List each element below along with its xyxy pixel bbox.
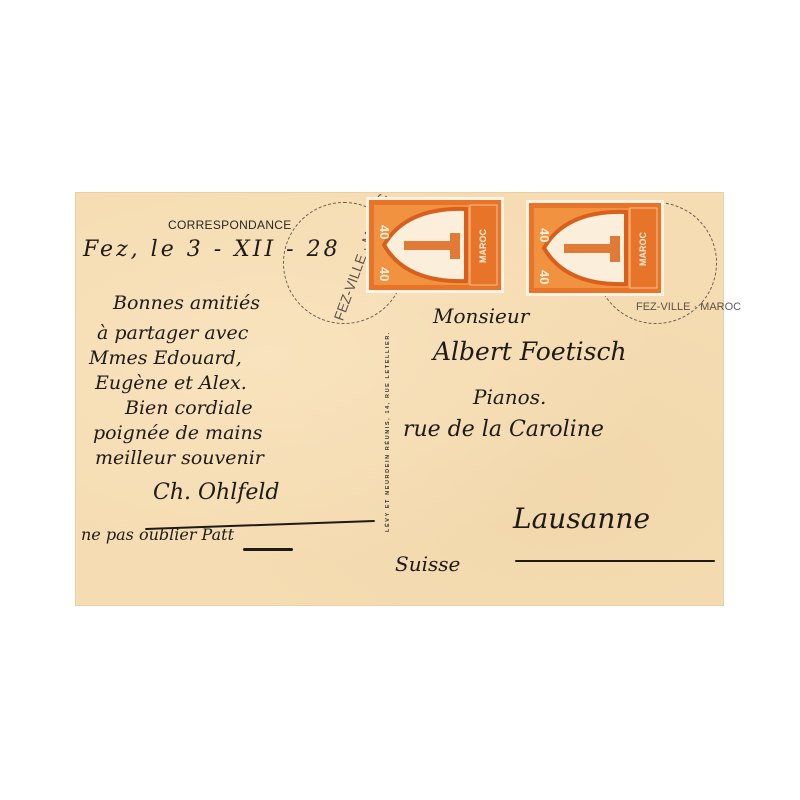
svg-text:40: 40 — [537, 270, 552, 284]
correspondance-header: CORRESPONDANCE — [168, 218, 292, 232]
message-line: Mmes Edouard, — [89, 347, 242, 369]
message-date: Fez, le 3 - XII - 28 — [83, 237, 341, 262]
message-line: Bonnes amitiés — [113, 292, 260, 314]
message-line: meilleur souvenir — [95, 447, 264, 469]
minaret-stamp-icon: MAROC 40 40 — [526, 200, 664, 296]
city-underline — [515, 560, 715, 562]
message-line: Eugène et Alex. — [95, 372, 247, 394]
publisher-imprint: LÉVY ET NEURDEIN RÉUNIS, 14, RUE LETELLI… — [385, 331, 391, 532]
svg-text:MAROC: MAROC — [638, 232, 648, 266]
message-line: à partager avec — [97, 322, 248, 344]
postcard: CORRESPONDANCE FEZ-VILLE · MAROC FEZ-VIL… — [75, 192, 724, 606]
postage-stamp: MAROC 40 40 — [526, 200, 664, 296]
address-occupation: Pianos. — [473, 385, 546, 409]
address-salutation: Monsieur — [433, 304, 529, 328]
address-name: Albert Foetisch — [433, 337, 627, 366]
postscript: ne pas oublier Patt — [81, 525, 234, 544]
address-region: Suisse — [395, 552, 460, 576]
address-city: Lausanne — [513, 502, 650, 535]
postmark-right-text: FEZ-VILLE · MAROC — [636, 301, 741, 313]
minaret-stamp-icon: MAROC 40 40 — [366, 197, 504, 293]
svg-text:40: 40 — [537, 228, 552, 242]
signature: Ch. Ohlfeld — [153, 480, 280, 505]
svg-text:40: 40 — [377, 267, 392, 281]
message-line: Bien cordiale — [125, 397, 253, 419]
message-line: poignée de mains — [93, 422, 262, 444]
address-street: rue de la Caroline — [403, 417, 604, 442]
postage-stamp: MAROC 40 40 — [366, 197, 504, 293]
svg-text:MAROC: MAROC — [478, 229, 488, 263]
postscript-underline — [243, 548, 293, 551]
svg-text:40: 40 — [377, 225, 392, 239]
